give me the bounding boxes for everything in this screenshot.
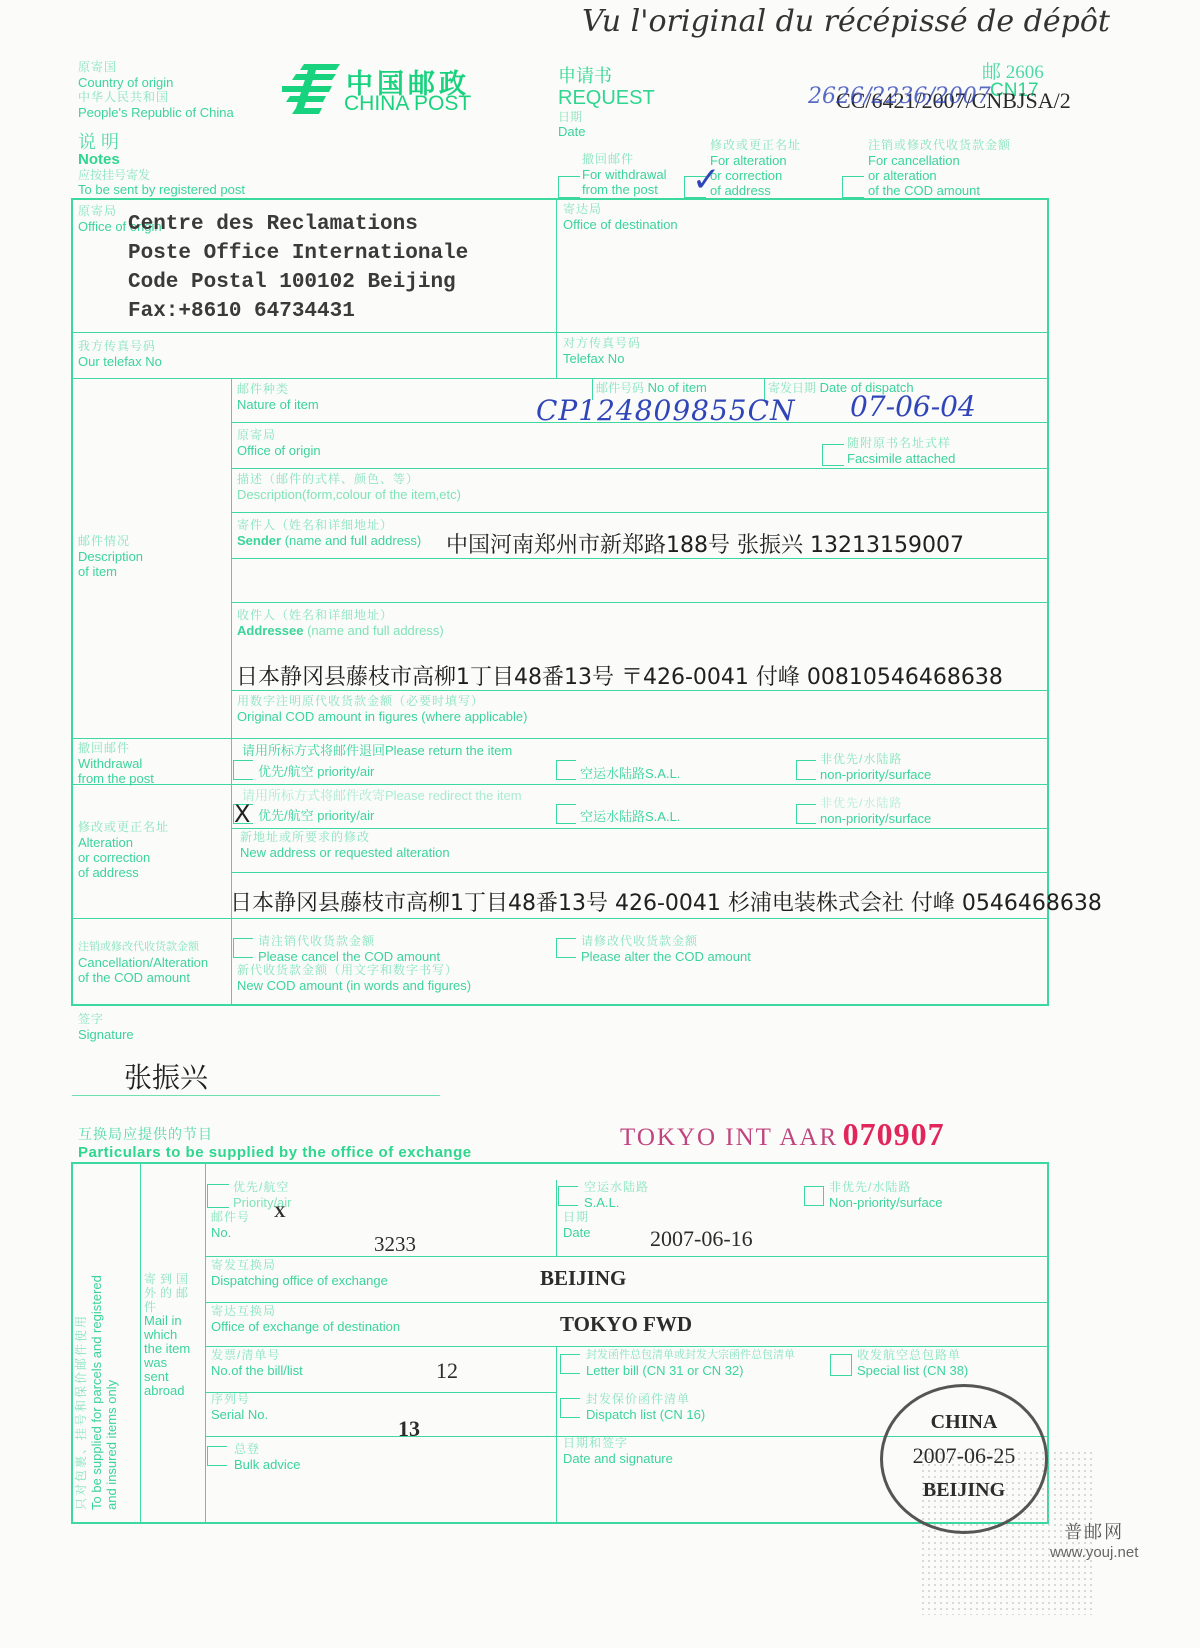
dispatch-list-checkbox[interactable] xyxy=(560,1398,580,1418)
alteration-surface-checkbox[interactable] xyxy=(796,804,816,824)
addressee-value[interactable]: 日本静冈县藤枝市高柳1丁目48番13号 〒426-0041 付峰 0081054… xyxy=(236,660,1003,691)
destination-office-label: 寄达互换局 Office of exchange of destination xyxy=(211,1304,400,1334)
original-cod-label: 用数字注明原代收货款金额（必要时填写） Original COD amount … xyxy=(237,694,527,724)
cod-request-label: 注销或修改代收货款金额 For cancellation or alterati… xyxy=(868,138,1011,198)
signature-label: 签字 Signature xyxy=(78,1012,134,1042)
bill-no-label: 发票/清单号 No.of the bill/list xyxy=(211,1348,303,1378)
notes-block: 说 明 Notes 应按挂号寄发 To be sent by registere… xyxy=(78,132,245,197)
dispatching-office-value[interactable]: BEIJING xyxy=(540,1266,626,1291)
their-telefax-label: 对方传真号码 Telefax No xyxy=(563,336,641,366)
mail-sent-abroad-label: 寄到国外的邮件 Mail in which the item was sent … xyxy=(144,1272,204,1398)
date-signature-label: 日期和签字 Date and signature xyxy=(563,1436,673,1466)
withdrawal-request-label: 撤回邮件 For withdrawal from the post xyxy=(582,152,667,197)
exchange-no-value[interactable]: 3233 xyxy=(374,1232,416,1257)
alter-cod-checkbox[interactable] xyxy=(556,938,576,958)
signature-line xyxy=(72,1095,440,1096)
dispatching-office-label: 寄发互换局 Dispatching office of exchange xyxy=(211,1258,388,1288)
alteration-surface-label: 非优先/水陆路 non-priority/surface xyxy=(820,796,931,826)
description-section-label: 邮件情况 Description of item xyxy=(78,534,143,579)
withdrawal-priority-checkbox[interactable] xyxy=(233,760,253,780)
office-of-origin-value: Centre des Reclamations Poste Office Int… xyxy=(128,210,468,326)
description-label: 描述（邮件的式样、颜色、等） Description(form,colour o… xyxy=(237,472,461,502)
alteration-request-label: 修改或更正名址 For alteration or correction of … xyxy=(710,138,801,198)
dispatch-list-label: 封发保价函件清单 Dispatch list (CN 16) xyxy=(586,1392,705,1422)
alteration-priority-label: 优先/航空 priority/air xyxy=(258,808,374,823)
exchange-priority-x-mark: X xyxy=(274,1204,286,1222)
office-of-destination-label: 寄达局 Office of destination xyxy=(563,202,678,232)
postmark: CHINA 2007-06-25 BEIJING xyxy=(880,1384,1048,1534)
notes-en: Notes xyxy=(78,152,245,168)
china-post-emblem-icon xyxy=(282,64,342,116)
exchange-sal-label: 空运水陆路 S.A.L. xyxy=(584,1180,649,1210)
exchange-surface-checkbox[interactable] xyxy=(804,1186,824,1206)
letter-bill-checkbox[interactable] xyxy=(560,1354,580,1374)
withdrawal-instruction: 请用所标方式将邮件退回Please return the item xyxy=(242,743,512,758)
exchange-priority-checkbox[interactable] xyxy=(207,1184,229,1208)
watermark: 普邮网 www.youj.net xyxy=(1050,1518,1138,1561)
notes-zh: 说 明 xyxy=(78,132,245,152)
arrival-stamp: TOKYO INT AAR 070907 xyxy=(620,1116,945,1153)
bulk-advice-label: 总登 Bulk advice xyxy=(234,1442,300,1472)
sender-label: 寄件人（姓名和详细地址） Sender (name and full addre… xyxy=(237,518,421,548)
signature-value[interactable]: 张振兴 xyxy=(124,1056,208,1096)
exchange-date-value[interactable]: 2007-06-16 xyxy=(650,1226,753,1252)
withdrawal-surface-label: 非优先/水陆路 non-priority/surface xyxy=(820,752,931,782)
registered-en: To be sent by registered post xyxy=(78,182,245,197)
bill-no-value[interactable]: 12 xyxy=(436,1358,458,1384)
office-of-origin-item-label: 原寄局 Office of origin xyxy=(237,428,321,458)
sender-value[interactable]: 中国河南郑州市新郑路188号 张振兴 13213159007 xyxy=(446,528,964,559)
withdrawal-request-checkbox[interactable] xyxy=(558,176,580,198)
china-post-logo: 中国邮政 CHINA POST xyxy=(282,62,482,118)
request-title: 申请书 REQUEST 日期 Date xyxy=(558,62,655,138)
bulk-advice-checkbox[interactable] xyxy=(207,1446,227,1466)
exchange-date-label: 日期 Date xyxy=(563,1210,590,1240)
exchange-sal-checkbox[interactable] xyxy=(558,1186,578,1206)
reference-handwritten: 2626/2236/2007 xyxy=(808,84,991,109)
office-of-destination-field[interactable] xyxy=(560,236,1046,330)
cancel-cod-checkbox[interactable] xyxy=(233,938,253,958)
special-list-label: 收发航空总包路单 Special list (CN 38) xyxy=(857,1348,968,1378)
logo-en: CHINA POST xyxy=(344,92,471,116)
registered-zh: 应按挂号寄发 xyxy=(78,168,245,182)
new-cod-label: 新代收货款金额（用文字和数字书写） New COD amount (in wor… xyxy=(237,963,471,993)
new-address-label: 新地址或所要求的修改 New address or requested alte… xyxy=(240,830,450,860)
new-address-value[interactable]: 日本静冈县藤枝市高柳1丁目48番13号 426-0041 杉浦电装株式会社 付峰… xyxy=(230,886,1102,917)
dispatch-date-value[interactable]: 07-06-04 xyxy=(850,390,976,423)
alteration-priority-x-mark: X xyxy=(234,800,250,828)
exchange-title: 互换局应提供的节目 Particulars to be supplied by … xyxy=(78,1124,472,1161)
alteration-instruction: 请用所标方式将邮件改寄Please redirect the item xyxy=(242,788,522,803)
withdrawal-surface-checkbox[interactable] xyxy=(796,760,816,780)
withdrawal-sal-label: 空运水陆路S.A.L. xyxy=(580,766,680,781)
serial-no-value[interactable]: 13 xyxy=(398,1416,420,1442)
letter-bill-label: 封发函件总包清单或封发大宗函件总包清单 Letter bill (CN 31 o… xyxy=(586,1348,795,1378)
exchange-no-label: 邮件号 No. xyxy=(211,1210,250,1240)
alteration-section-label: 修改或更正名址 Alteration or correction of addr… xyxy=(78,820,169,880)
destination-office-value[interactable]: TOKYO FWD xyxy=(560,1312,692,1337)
alteration-sal-checkbox[interactable] xyxy=(556,804,576,824)
exchange-surface-label: 非优先/水陆路 Non-priority/surface xyxy=(829,1180,942,1210)
facsimile-checkbox[interactable] xyxy=(822,444,844,466)
cod-section-label: 注销或修改代收货款金额 Cancellation/Alteration of t… xyxy=(78,940,208,985)
addressee-label: 收件人（姓名和详细地址） Addressee (name and full ad… xyxy=(237,608,444,638)
special-list-checkbox[interactable] xyxy=(830,1354,852,1376)
alteration-sal-label: 空运水陆路S.A.L. xyxy=(580,809,680,824)
withdrawal-priority-label: 优先/航空 priority/air xyxy=(258,764,374,779)
cancel-cod-label: 请注销代收货款金额 Please cancel the COD amount xyxy=(258,934,440,964)
facsimile-label: 随附原书名址式样 Facsimile attached xyxy=(847,436,955,466)
cod-request-checkbox[interactable] xyxy=(842,176,864,198)
country-of-origin: 原寄国 Country of origin 中华人民共和国 People's R… xyxy=(78,60,234,120)
exchange-side-note: 只对包裹、挂号和保价邮件使用 To be supplied for parcel… xyxy=(74,1230,119,1510)
item-number-value[interactable]: CP124809855CN xyxy=(536,394,796,427)
withdrawal-section-label: 撤回邮件 Withdrawal from the post xyxy=(78,741,154,786)
our-telefax-label: 我方传真号码 Our telefax No xyxy=(78,339,162,369)
handwritten-note: Vu l'original du récépissé de dépôt xyxy=(582,4,1110,39)
nature-of-item-label: 邮件种类 Nature of item xyxy=(237,382,319,412)
withdrawal-sal-checkbox[interactable] xyxy=(556,760,576,780)
alter-cod-label: 请修改代收货款金额 Please alter the COD amount xyxy=(581,934,751,964)
serial-no-label: 序列号 Serial No. xyxy=(211,1392,268,1422)
